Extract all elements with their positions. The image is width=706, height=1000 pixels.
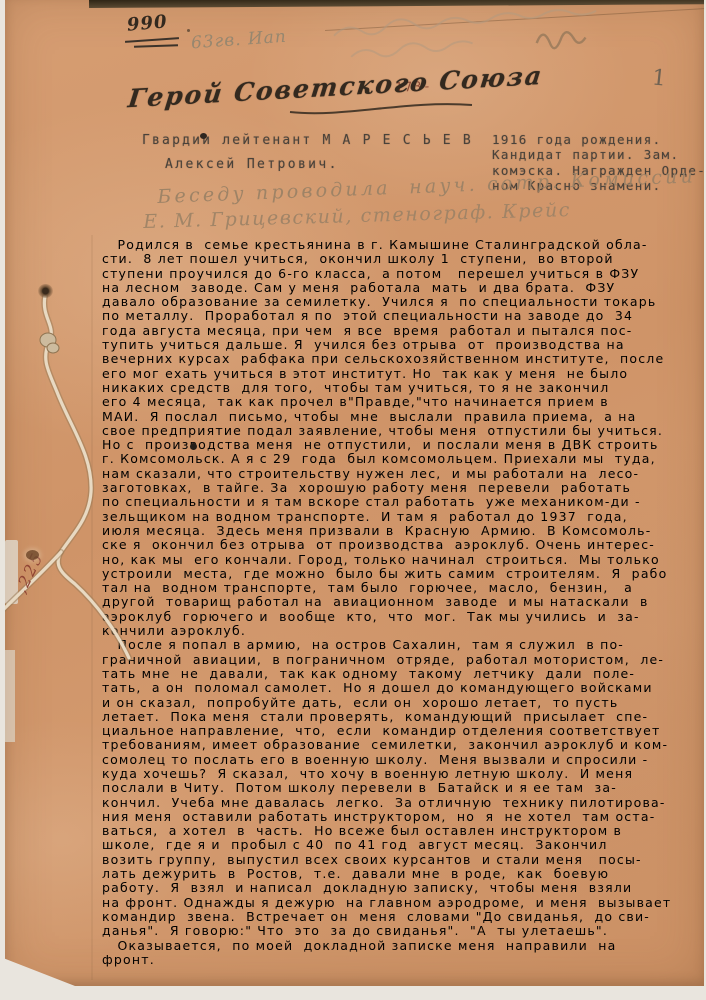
- typed-line: тать мне не давали, так как одному таком…: [102, 667, 702, 681]
- typed-line: г. Комсомольск. А я с 29 года был комсом…: [102, 452, 702, 466]
- typed-line: на фронт. Однажды я дежурю на главном аэ…: [102, 896, 702, 910]
- typed-line: куда хочешь? Я сказал, что хочу в военну…: [102, 767, 702, 781]
- typed-line: МАИ. Я послал письмо, чтобы мне выслали …: [102, 410, 702, 424]
- typed-line: граничной авиации, в пограничном отряде,…: [102, 653, 702, 667]
- typed-line: тупить учиться дальше. Я учился без отры…: [102, 338, 702, 352]
- paper-page: 990 63гв. Иап 1 173- Герой Советского Со…: [5, 0, 704, 986]
- typed-line: возить группу, выпустил всех своих курса…: [102, 853, 702, 867]
- underline: [125, 37, 179, 43]
- typed-line: зельщиком на водном транспорте. И там я …: [102, 510, 702, 524]
- typed-line: никаких средств для того, чтобы там учит…: [102, 381, 702, 395]
- typed-line: устроили места, где можно было бы жить с…: [102, 567, 702, 581]
- typed-line: фронт.: [102, 953, 702, 967]
- underline: [134, 44, 178, 48]
- torn-corner: [5, 952, 75, 986]
- typed-line: по специальности и я там вскоре стал раб…: [102, 495, 702, 509]
- typed-line: требованиям, имеет образование семилетки…: [102, 738, 702, 752]
- typed-line: нам сказали, что строительству нужен лес…: [102, 467, 702, 481]
- typed-line: послали в Читу. Потом школу перевели в Б…: [102, 781, 702, 795]
- paper-speck: [187, 29, 190, 32]
- rank-name-line: Гвардии лейтенант М А Р Е С Ь Е В: [142, 133, 473, 148]
- typed-line: ваться, а хотел в часть. Но всеже был ос…: [102, 824, 702, 838]
- typed-line: и он сказал, попробуйте дать, если он хо…: [102, 696, 702, 710]
- typed-line: по металлу. Проработал я по этой специал…: [102, 309, 702, 323]
- typed-line: тал на водном транспорте, там было горюч…: [102, 581, 702, 595]
- bio-line: Кандидат партии. Зам.: [492, 147, 704, 162]
- typed-line: другой товарищ работал на авиационном за…: [102, 595, 702, 609]
- top-edge-shadow: [89, 0, 704, 8]
- typed-line: данья". Я говорю:" Что это за до свидань…: [102, 924, 702, 938]
- pencil-unit-note: 63гв. Иап: [190, 27, 287, 54]
- binding-string: [5, 270, 155, 710]
- bio-line: 1916 года рождения.: [492, 132, 704, 147]
- typed-line: вечерних курсах рабфака при сельскохозяй…: [102, 352, 702, 366]
- typed-line: но, как мы его кончали. Город, только на…: [102, 553, 702, 567]
- typed-line: командир звена. Встречает он меня словам…: [102, 910, 702, 924]
- typed-line: давало образование за семилетку. Учился …: [102, 295, 702, 309]
- typed-line: школе, где я и пробыл с 40 по 41 год авг…: [102, 838, 702, 852]
- typed-line: на лесном заводе. Сам у меня работала ма…: [102, 281, 702, 295]
- typed-line: года августа месяца, при чем я все время…: [102, 324, 702, 338]
- typed-line: После я попал в армию, на остров Сахалин…: [102, 638, 702, 652]
- punch-hole: [38, 284, 53, 298]
- typed-body-text: Родился в семье крестьянина в г. Камышин…: [102, 238, 702, 967]
- typed-line: ступени проучился до 6-го класса, а пото…: [102, 267, 702, 281]
- typed-line: летает. Пока меня стали проверять, коман…: [102, 710, 702, 724]
- ink-blot: [200, 133, 207, 139]
- handwritten-number-990: 990: [126, 11, 168, 35]
- typed-line: сти. 8 лет пошел учиться, окончил школу …: [102, 252, 702, 266]
- typed-line: его 4 месяца, так как прочел в"Правде,"ч…: [102, 395, 702, 409]
- typed-line: работу. Я взял и написал докладную запис…: [102, 881, 702, 895]
- torn-hole: [26, 550, 39, 560]
- typed-line: лать дежурить в Ростов, т.е. давали мне …: [102, 867, 702, 881]
- typed-line: его мог ехать учиться в этот институт. Н…: [102, 367, 702, 381]
- typed-line: Оказывается, по моей докладной записке м…: [102, 939, 702, 953]
- typed-line: Родился в семье крестьянина в г. Камышин…: [102, 238, 702, 252]
- typed-line: ске я окончил без отрыва от производства…: [102, 538, 702, 552]
- typed-line: циальное направление, что, если командир…: [102, 724, 702, 738]
- typed-line: аэроклуб горючего и вообще кто, что мог.…: [102, 610, 702, 624]
- typed-line: кончили аэроклуб.: [102, 624, 702, 638]
- document-scan: 990 63гв. Иап 1 173- Герой Советского Со…: [0, 0, 706, 1000]
- typed-line: ния меня оставили работать инструктором,…: [102, 810, 702, 824]
- name-patronymic-line: Алексей Петрович.: [165, 157, 339, 172]
- ink-blot: [190, 443, 197, 450]
- typed-line: кончил. Учеба мне давалась легко. За отл…: [102, 796, 702, 810]
- title-flourish: [290, 96, 475, 120]
- typed-line: заготовках, в тайге. За хорошую работу м…: [102, 481, 702, 495]
- typed-line: сомолец то послать его в военную школу. …: [102, 753, 702, 767]
- typed-line: июля месяца. Здесь меня призвали в Красн…: [102, 524, 702, 538]
- typed-line: тать, а он поломал самолет. Но я дошел д…: [102, 681, 702, 695]
- typed-line: свое предприятие подал заявление, чтобы …: [102, 424, 702, 438]
- page-number-pencil: 1: [651, 65, 668, 91]
